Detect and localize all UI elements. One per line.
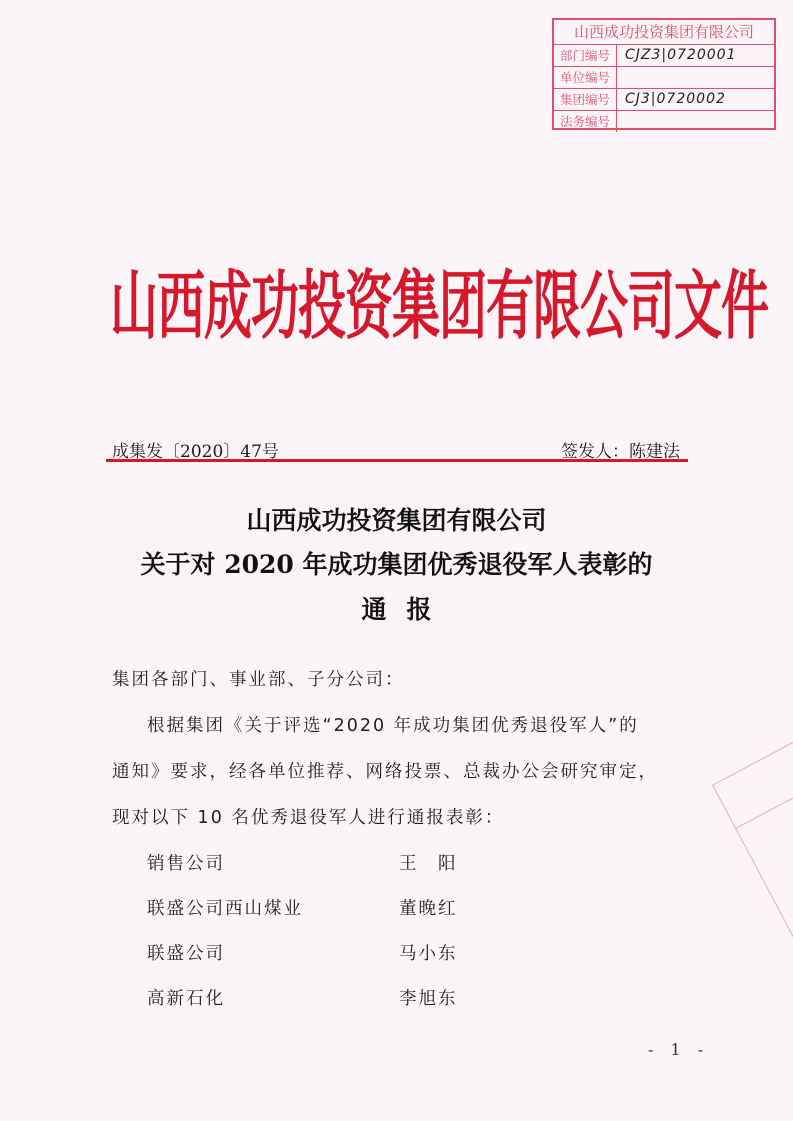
stamp-value: CJZ3|0720001 bbox=[617, 45, 774, 66]
red-divider bbox=[106, 459, 688, 462]
stamp-row-legal: 法务编号 bbox=[554, 111, 774, 132]
registration-stamp: 山西成功投资集团有限公司 部门编号 CJZ3|0720001 单位编号 集团编号… bbox=[552, 18, 776, 130]
honoree-unit: 联盛公司西山煤业 bbox=[147, 895, 399, 920]
salutation: 集团各部门、事业部、子分公司： bbox=[112, 666, 405, 691]
honoree-unit: 高新石化 bbox=[147, 985, 399, 1010]
honoree-name: 王 阳 bbox=[399, 850, 499, 875]
honoree-row: 联盛公司西山煤业 董晚红 bbox=[147, 895, 499, 920]
stamp-label: 单位编号 bbox=[554, 67, 617, 88]
page-number: - 1 - bbox=[648, 1040, 709, 1059]
document-page: 山西成功投资集团有限公司 部门编号 CJZ3|0720001 单位编号 集团编号… bbox=[0, 0, 793, 1121]
paragraph-line: 通知》要求，经各单位推荐、网络投票、总裁办公会研究审定， bbox=[112, 758, 658, 783]
stamp-row-group: 集团编号 CJ3|0720002 bbox=[554, 89, 774, 111]
honoree-name: 董晚红 bbox=[399, 895, 499, 920]
faded-seal-stamp bbox=[712, 732, 793, 963]
stamp-value bbox=[617, 67, 774, 88]
stamp-label: 部门编号 bbox=[554, 45, 617, 66]
honoree-unit: 联盛公司 bbox=[147, 940, 399, 965]
stamp-label: 法务编号 bbox=[554, 111, 617, 132]
paragraph-line: 现对以下 10 名优秀退役军人进行通报表彰： bbox=[112, 804, 504, 829]
stamp-value bbox=[617, 111, 774, 132]
honoree-unit: 销售公司 bbox=[147, 850, 399, 875]
honoree-name: 马小东 bbox=[399, 940, 499, 965]
stamp-label: 集团编号 bbox=[554, 89, 617, 110]
stamp-row-department: 部门编号 CJZ3|0720001 bbox=[554, 45, 774, 67]
notice-title-line3: 通报 bbox=[0, 590, 793, 626]
notice-title-line2: 关于对 2020 年成功集团优秀退役军人表彰的 bbox=[0, 545, 793, 581]
stamp-value: CJ3|0720002 bbox=[617, 89, 774, 110]
honoree-row: 高新石化 李旭东 bbox=[147, 985, 499, 1010]
notice-title-line1: 山西成功投资集团有限公司 bbox=[0, 501, 793, 537]
stamp-title: 山西成功投资集团有限公司 bbox=[554, 20, 774, 45]
honoree-row: 销售公司 王 阳 bbox=[147, 850, 499, 875]
red-header-title: 山西成功投资集团有限公司文件 bbox=[110, 246, 690, 353]
paragraph-line: 根据集团《关于评选“2020 年成功集团优秀退役军人”的 bbox=[147, 712, 639, 737]
honoree-name: 李旭东 bbox=[399, 985, 499, 1010]
stamp-row-unit: 单位编号 bbox=[554, 67, 774, 89]
seal-divider bbox=[713, 734, 793, 829]
honoree-row: 联盛公司 马小东 bbox=[147, 940, 499, 965]
